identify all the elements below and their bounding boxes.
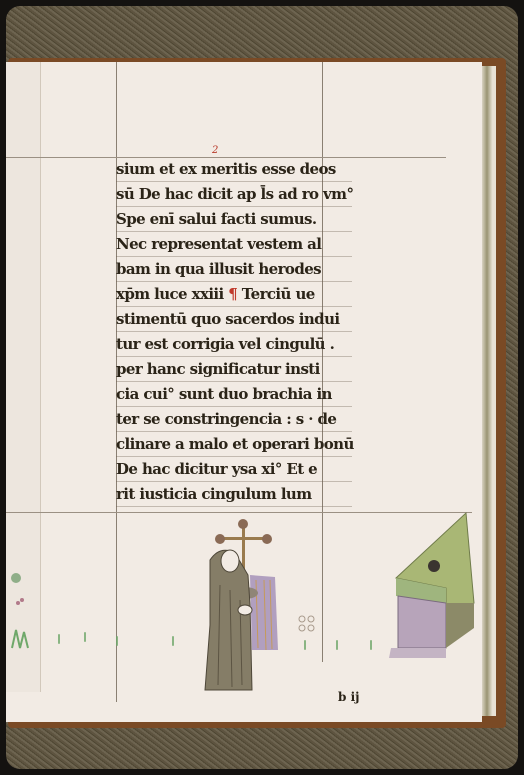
grass-tuft <box>116 636 118 646</box>
text-block: sium et ex meritis esse deos sū De hac d… <box>116 157 352 507</box>
text-line: cia cui° sunt duo brachia in <box>116 382 352 407</box>
friar-illustration <box>180 515 290 700</box>
grass-tuft <box>336 640 338 650</box>
text-line: tur est corrigia vel cingulū . <box>116 332 352 357</box>
grass-tuft <box>58 634 60 644</box>
text-line: sū De hac dicit ap l̄s ad ro vm° <box>116 182 352 207</box>
text-line: Spe enī salui facti sumus. <box>116 207 352 232</box>
grass-tuft <box>84 632 86 642</box>
text-line: ter se constringencia : s · de <box>116 407 352 432</box>
text-line: sium et ex meritis esse deos <box>116 157 352 182</box>
text-line: per hanc significatur insti <box>116 357 352 382</box>
grass-tuft <box>370 640 372 650</box>
text-line-rubric: xp̄m luce xxiii ¶ Terciū ue <box>116 282 352 307</box>
text-line: clinare a malo et operari bonū <box>116 432 352 457</box>
grass-tuft <box>172 636 174 646</box>
text-line: bam in qua illusit herodes <box>116 257 352 282</box>
flower-decoration <box>297 614 317 634</box>
altar-illustration <box>386 508 476 663</box>
text-line: De hac dicitur ysa xi° Et e <box>116 457 352 482</box>
folio-number: 2 <box>212 145 218 156</box>
quire-signature: b ij <box>338 690 359 704</box>
text-line: stimentū quo sacerdos indui <box>116 307 352 332</box>
text-line: rit iusticia cingulum lum <box>116 482 352 507</box>
grass-tuft <box>304 640 306 650</box>
margin-plants <box>6 570 34 650</box>
rubric-paragraph-mark: ¶ <box>228 285 237 303</box>
text-line: Nec representat vestem al <box>116 232 352 257</box>
